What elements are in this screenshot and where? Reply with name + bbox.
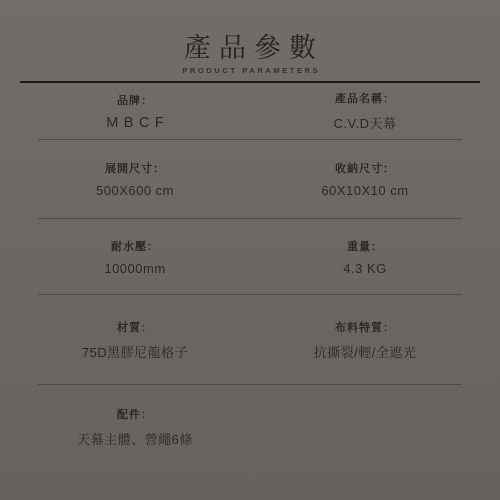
spec-label: 收納尺寸： bbox=[335, 160, 395, 176]
spec-cell-brand: 品牌： MBCF bbox=[20, 83, 250, 139]
spec-label: 材質： bbox=[117, 319, 153, 335]
spec-label: 配件： bbox=[117, 406, 153, 422]
spec-value: 75D黑膠尼龍格子 bbox=[82, 342, 188, 361]
spec-value: MBCF bbox=[101, 115, 170, 131]
spec-row-dimensions: 展開尺寸： 500X600 cm 收納尺寸： 60X10X10 cm bbox=[20, 140, 480, 218]
spec-cell-product-name: 產品名稱： C.V.D天幕 bbox=[250, 83, 480, 139]
spec-cell-material: 材質： 75D黑膠尼龍格子 bbox=[20, 295, 250, 384]
product-parameters-page: 產品參數 PRODUCT PARAMETERS 品牌： MBCF 產品名稱： C… bbox=[0, 0, 500, 500]
spec-cell-fabric-traits: 布料特質： 抗撕裂/輕/全遮光 bbox=[250, 295, 480, 384]
spec-label: 重量： bbox=[347, 238, 383, 254]
spec-row-accessories: 配件： 天幕主體、營繩6條 bbox=[20, 385, 480, 469]
spec-label: 耐水壓： bbox=[111, 238, 159, 254]
spec-label: 展開尺寸： bbox=[105, 160, 165, 176]
spec-value: 抗撕裂/輕/全遮光 bbox=[314, 342, 417, 361]
page-title: 產品參數 bbox=[0, 33, 500, 63]
spec-row-water-weight: 耐水壓： 10000mm 重量： 4.3 KG bbox=[20, 219, 480, 294]
page-header: 產品參數 PRODUCT PARAMETERS bbox=[0, 0, 500, 75]
spec-label: 品牌： bbox=[117, 92, 153, 108]
spec-value: 500X600 cm bbox=[96, 183, 174, 198]
spec-value: 60X10X10 cm bbox=[321, 183, 408, 198]
spec-value: 10000mm bbox=[104, 261, 165, 276]
spec-cell-empty bbox=[250, 385, 480, 469]
spec-table: 品牌： MBCF 產品名稱： C.V.D天幕 展開尺寸： 500X600 cm … bbox=[20, 83, 480, 469]
spec-cell-open-size: 展開尺寸： 500X600 cm bbox=[20, 140, 250, 218]
spec-value: 天幕主體、營繩6條 bbox=[77, 429, 193, 448]
spec-label: 布料特質： bbox=[335, 319, 395, 335]
spec-row-material-fabric: 材質： 75D黑膠尼龍格子 布料特質： 抗撕裂/輕/全遮光 bbox=[20, 295, 480, 384]
spec-row-brand-name: 品牌： MBCF 產品名稱： C.V.D天幕 bbox=[20, 83, 480, 139]
spec-label: 產品名稱： bbox=[335, 90, 395, 106]
page-subtitle: PRODUCT PARAMETERS bbox=[0, 66, 500, 75]
spec-value: C.V.D天幕 bbox=[334, 113, 397, 132]
spec-cell-packed-size: 收納尺寸： 60X10X10 cm bbox=[250, 140, 480, 218]
spec-value: 4.3 KG bbox=[343, 261, 386, 276]
spec-cell-water-resistance: 耐水壓： 10000mm bbox=[20, 219, 250, 294]
spec-cell-weight: 重量： 4.3 KG bbox=[250, 219, 480, 294]
spec-cell-accessories: 配件： 天幕主體、營繩6條 bbox=[20, 385, 250, 469]
